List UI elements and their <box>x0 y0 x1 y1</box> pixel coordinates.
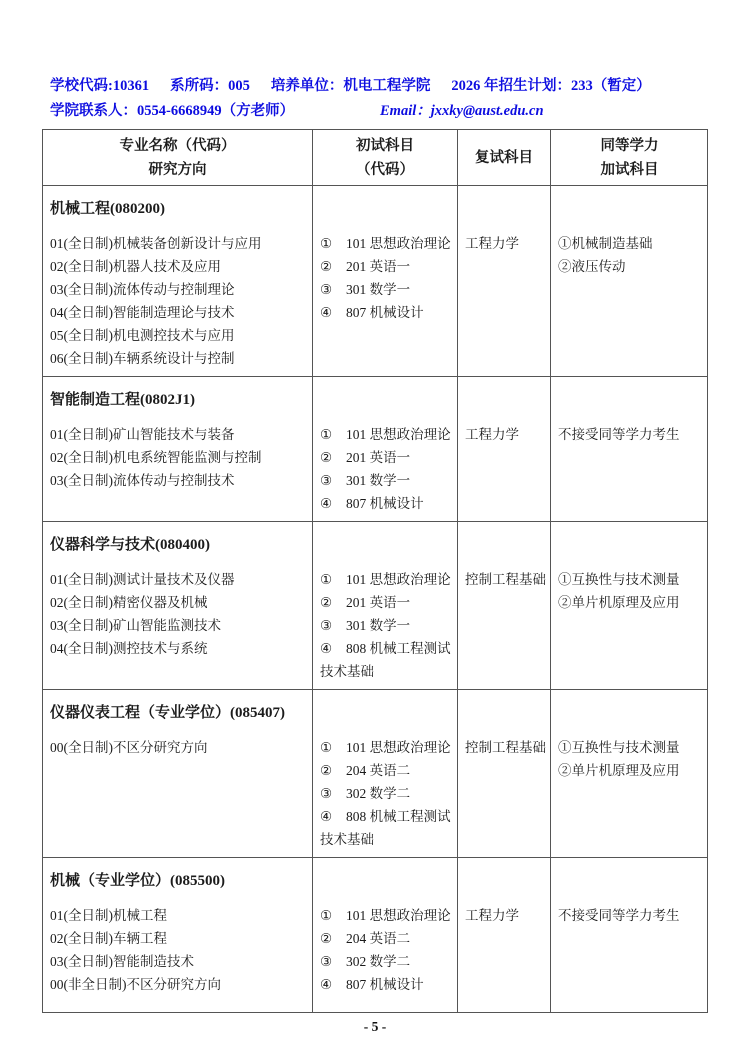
subject-text: 204 英语二 <box>346 763 410 778</box>
additional-item: ①机械制造基础 <box>558 232 704 255</box>
subject-text: 301 数学一 <box>346 618 410 633</box>
subject-marker: ① <box>320 232 346 255</box>
section-row: 智能制造工程(0802J1)01(全日制)矿山智能技术与装备02(全日制)机电系… <box>43 377 707 522</box>
column-header-initial-subjects: 初试科目 （代码） <box>313 130 458 185</box>
subject-item: ①101 思想政治理论 <box>320 904 453 927</box>
header-line-1: 学校代码:10361系所码：005培养单位：机电工程学院2026 年招生计划：2… <box>50 74 750 99</box>
direction-item: 01(全日制)测试计量技术及仪器 <box>50 568 304 591</box>
column-header-program-line1: 专业名称（代码） <box>120 134 236 158</box>
direction-item: 03(全日制)流体传动与控制理论 <box>50 278 304 301</box>
subject-text: 101 思想政治理论 <box>346 572 451 587</box>
document-header: 学校代码:10361系所码：005培养单位：机电工程学院2026 年招生计划：2… <box>0 0 750 124</box>
direction-item: 03(全日制)智能制造技术 <box>50 950 304 973</box>
subject-marker: ② <box>320 446 346 469</box>
section-row: 机械（专业学位）(085500)01(全日制)机械工程02(全日制)车辆工程03… <box>43 858 707 1012</box>
direction-item: 01(全日制)机械工程 <box>50 904 304 927</box>
direction-item: 03(全日制)流体传动与控制技术 <box>50 469 304 492</box>
subject-item: ①101 思想政治理论 <box>320 232 453 255</box>
table-header-row: 专业名称（代码） 研究方向 初试科目 （代码） 复试科目 同等学力 加试科目 <box>43 130 707 186</box>
subject-text: 101 思想政治理论 <box>346 908 451 923</box>
subject-item: ②204 英语二 <box>320 759 453 782</box>
subject-marker: ④ <box>320 805 346 828</box>
direction-item: 02(全日制)机电系统智能监测与控制 <box>50 446 304 469</box>
subject-item: ③301 数学一 <box>320 614 453 637</box>
program-cell: 机械工程(080200)01(全日制)机械装备创新设计与应用02(全日制)机器人… <box>43 186 313 376</box>
additional-cell: ①机械制造基础②液压传动 <box>551 186 708 376</box>
contact-email: Email：jxxky@aust.edu.cn <box>380 99 544 124</box>
retest-subject: 控制工程基础 <box>465 568 546 591</box>
program-cell: 智能制造工程(0802J1)01(全日制)矿山智能技术与装备02(全日制)机电系… <box>43 377 313 521</box>
program-title: 仪器仪表工程（专业学位）(085407) <box>50 703 304 724</box>
subject-text: 807 机械设计 <box>346 305 424 320</box>
subject-text: 201 英语一 <box>346 595 410 610</box>
subject-text: 204 英语二 <box>346 931 410 946</box>
subject-marker: ② <box>320 591 346 614</box>
column-header-additional-line2: 加试科目 <box>601 158 659 182</box>
school-code: 学校代码:10361 <box>50 78 149 94</box>
retest-subject: 工程力学 <box>465 904 546 927</box>
section-row: 仪器仪表工程（专业学位）(085407)00(全日制)不区分研究方向①101 思… <box>43 690 707 858</box>
subject-text: 201 英语一 <box>346 259 410 274</box>
subject-marker: ③ <box>320 614 346 637</box>
program-title: 机械工程(080200) <box>50 199 304 220</box>
subject-marker: ① <box>320 568 346 591</box>
subject-item: ④808 机械工程测试技术基础 <box>320 637 453 683</box>
admissions-table: 专业名称（代码） 研究方向 初试科目 （代码） 复试科目 同等学力 加试科目 机… <box>42 129 708 1013</box>
subject-item: ③302 数学二 <box>320 950 453 973</box>
header-line-2: 学院联系人：0554-6668949（方老师） Email：jxxky@aust… <box>50 99 750 124</box>
direction-item: 01(全日制)矿山智能技术与装备 <box>50 423 304 446</box>
column-header-retest-label: 复试科目 <box>475 146 533 170</box>
column-header-program-line2: 研究方向 <box>149 158 207 182</box>
additional-item: ①互换性与技术测量 <box>558 736 704 759</box>
subject-marker: ① <box>320 736 346 759</box>
subject-item: ③302 数学二 <box>320 782 453 805</box>
subject-item: ④808 机械工程测试技术基础 <box>320 805 453 851</box>
additional-item: ②单片机原理及应用 <box>558 759 704 782</box>
initial-subjects-cell: ①101 思想政治理论②201 英语一③301 数学一④807 机械设计 <box>313 186 458 376</box>
subject-text: 101 思想政治理论 <box>346 236 451 251</box>
section-row: 机械工程(080200)01(全日制)机械装备创新设计与应用02(全日制)机器人… <box>43 186 707 377</box>
subject-item: ①101 思想政治理论 <box>320 568 453 591</box>
subject-item: ①101 思想政治理论 <box>320 736 453 759</box>
program-cell: 仪器仪表工程（专业学位）(085407)00(全日制)不区分研究方向 <box>43 690 313 857</box>
subject-item: ②201 英语一 <box>320 591 453 614</box>
initial-subjects-cell: ①101 思想政治理论②204 英语二③302 数学二④807 机械设计 <box>313 858 458 1012</box>
subject-item: ③301 数学一 <box>320 278 453 301</box>
subject-marker: ④ <box>320 492 346 515</box>
training-unit: 培养单位：机电工程学院 <box>271 78 431 94</box>
page-number: - 5 - <box>42 1019 708 1035</box>
subject-marker: ③ <box>320 278 346 301</box>
retest-cell: 工程力学 <box>458 858 551 1012</box>
department-code: 系所码：005 <box>170 78 250 94</box>
subject-item: ②201 英语一 <box>320 255 453 278</box>
subject-text: 302 数学二 <box>346 954 410 969</box>
retest-subject: 工程力学 <box>465 423 546 446</box>
retest-cell: 控制工程基础 <box>458 522 551 689</box>
subject-marker: ④ <box>320 973 346 996</box>
initial-subjects-cell: ①101 思想政治理论②204 英语二③302 数学二④808 机械工程测试技术… <box>313 690 458 857</box>
subject-item: ④807 机械设计 <box>320 301 453 324</box>
direction-item: 02(全日制)车辆工程 <box>50 927 304 950</box>
subject-item: ②201 英语一 <box>320 446 453 469</box>
retest-cell: 工程力学 <box>458 186 551 376</box>
retest-cell: 控制工程基础 <box>458 690 551 857</box>
direction-item: 02(全日制)精密仪器及机械 <box>50 591 304 614</box>
additional-item: 不接受同等学力考生 <box>558 423 704 446</box>
enrollment-plan: 2026 年招生计划：233（暂定） <box>451 78 650 94</box>
subject-text: 807 机械设计 <box>346 977 424 992</box>
program-title: 仪器科学与技术(080400) <box>50 535 304 556</box>
subject-marker: ③ <box>320 469 346 492</box>
subject-marker: ① <box>320 423 346 446</box>
section-row: 仪器科学与技术(080400)01(全日制)测试计量技术及仪器02(全日制)精密… <box>43 522 707 690</box>
additional-item: ①互换性与技术测量 <box>558 568 704 591</box>
additional-item: 不接受同等学力考生 <box>558 904 704 927</box>
additional-item: ②单片机原理及应用 <box>558 591 704 614</box>
subject-marker: ② <box>320 255 346 278</box>
column-header-program: 专业名称（代码） 研究方向 <box>43 130 313 185</box>
additional-cell: 不接受同等学力考生 <box>551 377 708 521</box>
program-title: 机械（专业学位）(085500) <box>50 871 304 892</box>
table-body: 机械工程(080200)01(全日制)机械装备创新设计与应用02(全日制)机器人… <box>43 186 707 1012</box>
initial-subjects-cell: ①101 思想政治理论②201 英语一③301 数学一④808 机械工程测试技术… <box>313 522 458 689</box>
subject-marker: ④ <box>320 301 346 324</box>
direction-item: 00(全日制)不区分研究方向 <box>50 736 304 759</box>
column-header-retest: 复试科目 <box>458 130 551 185</box>
direction-item: 05(全日制)机电测控技术与应用 <box>50 324 304 347</box>
subject-marker: ① <box>320 904 346 927</box>
subject-marker: ④ <box>320 637 346 660</box>
subject-text: 301 数学一 <box>346 473 410 488</box>
subject-item: ①101 思想政治理论 <box>320 423 453 446</box>
additional-cell: ①互换性与技术测量②单片机原理及应用 <box>551 690 708 857</box>
direction-item: 06(全日制)车辆系统设计与控制 <box>50 347 304 370</box>
column-header-initial-line1: 初试科目 <box>356 134 414 158</box>
program-cell: 仪器科学与技术(080400)01(全日制)测试计量技术及仪器02(全日制)精密… <box>43 522 313 689</box>
direction-list: 00(全日制)不区分研究方向 <box>50 736 304 759</box>
retest-subject: 控制工程基础 <box>465 736 546 759</box>
column-header-initial-line2: （代码） <box>356 158 414 182</box>
additional-item: ②液压传动 <box>558 255 704 278</box>
program-title: 智能制造工程(0802J1) <box>50 390 304 411</box>
subject-marker: ③ <box>320 782 346 805</box>
college-contact: 学院联系人：0554-6668949（方老师） <box>50 103 294 119</box>
direction-list: 01(全日制)机械装备创新设计与应用02(全日制)机器人技术及应用03(全日制)… <box>50 232 304 370</box>
subject-item: ③301 数学一 <box>320 469 453 492</box>
subject-item: ④807 机械设计 <box>320 973 453 996</box>
subject-text: 101 思想政治理论 <box>346 427 451 442</box>
subject-text: 302 数学二 <box>346 786 410 801</box>
subject-marker: ③ <box>320 950 346 973</box>
direction-item: 04(全日制)智能制造理论与技术 <box>50 301 304 324</box>
direction-list: 01(全日制)矿山智能技术与装备02(全日制)机电系统智能监测与控制03(全日制… <box>50 423 304 492</box>
direction-list: 01(全日制)机械工程02(全日制)车辆工程03(全日制)智能制造技术00(非全… <box>50 904 304 996</box>
additional-cell: 不接受同等学力考生 <box>551 858 708 1012</box>
subject-text: 101 思想政治理论 <box>346 740 451 755</box>
direction-item: 04(全日制)测控技术与系统 <box>50 637 304 660</box>
additional-cell: ①互换性与技术测量②单片机原理及应用 <box>551 522 708 689</box>
subject-text: 807 机械设计 <box>346 496 424 511</box>
direction-item: 02(全日制)机器人技术及应用 <box>50 255 304 278</box>
retest-cell: 工程力学 <box>458 377 551 521</box>
subject-item: ②204 英语二 <box>320 927 453 950</box>
program-cell: 机械（专业学位）(085500)01(全日制)机械工程02(全日制)车辆工程03… <box>43 858 313 1012</box>
subject-text: 301 数学一 <box>346 282 410 297</box>
subject-marker: ② <box>320 759 346 782</box>
subject-marker: ② <box>320 927 346 950</box>
initial-subjects-cell: ①101 思想政治理论②201 英语一③301 数学一④807 机械设计 <box>313 377 458 521</box>
direction-item: 00(非全日制)不区分研究方向 <box>50 973 304 996</box>
direction-list: 01(全日制)测试计量技术及仪器02(全日制)精密仪器及机械03(全日制)矿山智… <box>50 568 304 660</box>
subject-item: ④807 机械设计 <box>320 492 453 515</box>
retest-subject: 工程力学 <box>465 232 546 255</box>
direction-item: 03(全日制)矿山智能监测技术 <box>50 614 304 637</box>
column-header-additional: 同等学力 加试科目 <box>551 130 708 185</box>
subject-text: 201 英语一 <box>346 450 410 465</box>
column-header-additional-line1: 同等学力 <box>601 134 659 158</box>
direction-item: 01(全日制)机械装备创新设计与应用 <box>50 232 304 255</box>
